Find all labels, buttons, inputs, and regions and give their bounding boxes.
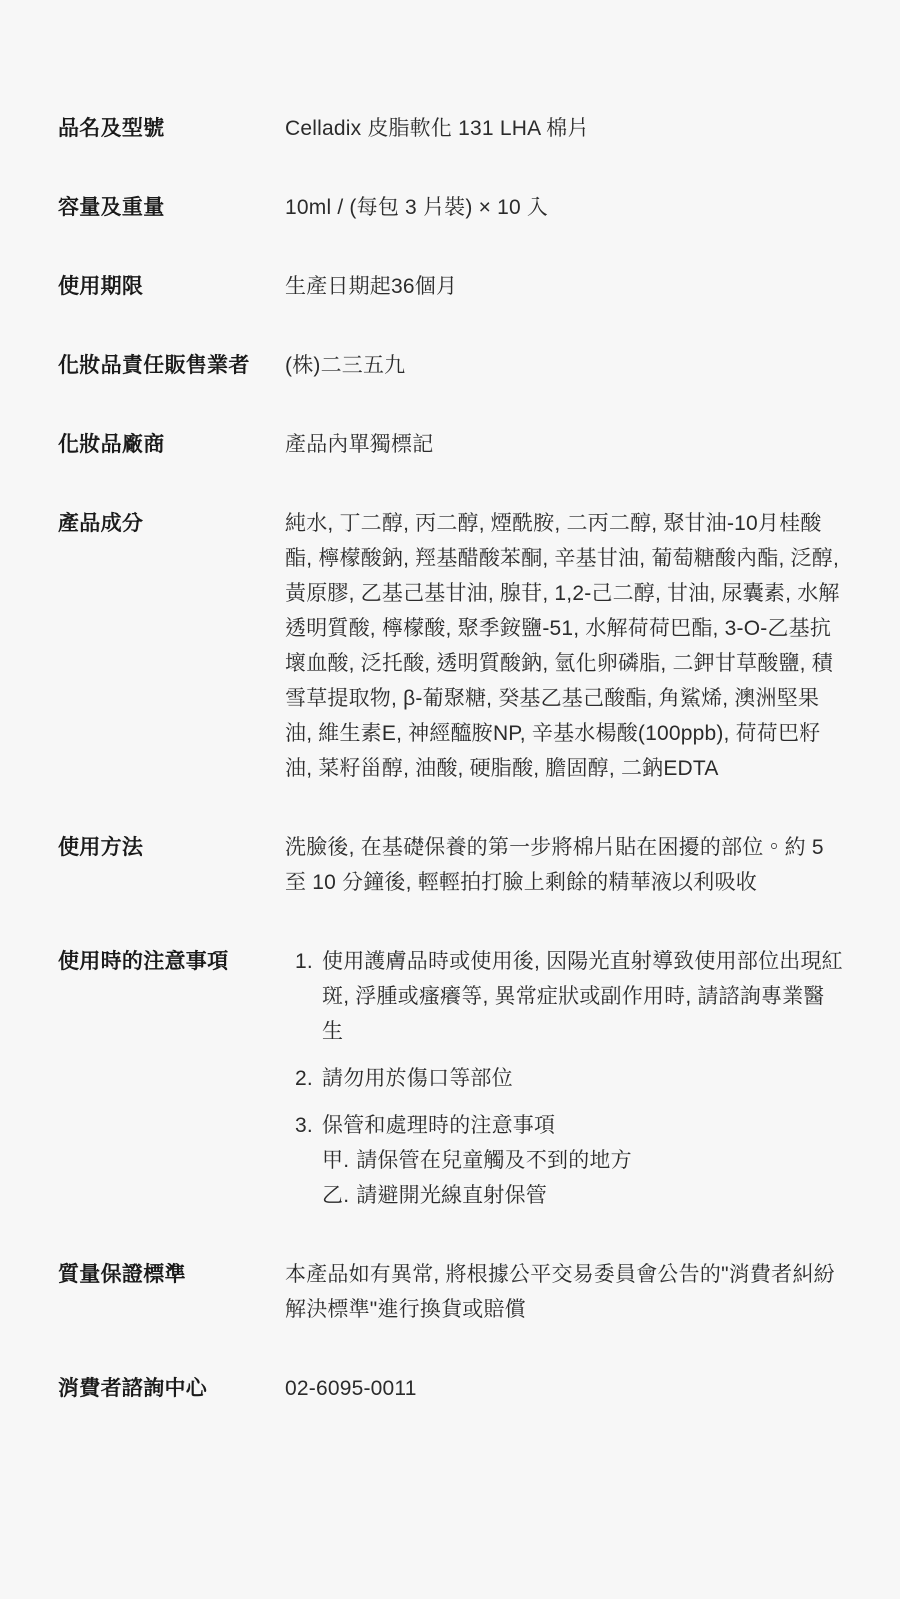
spec-row-seller: 化妝品責任販售業者 (株)二三五九: [58, 348, 843, 383]
spec-value-quality-standard: 本產品如有異常, 將根據公平交易委員會公告的"消費者糾紛解決標準"進行換貨或賠償: [285, 1257, 843, 1327]
spec-label-volume: 容量及重量: [58, 190, 285, 225]
spec-value-ingredients: 純水, 丁二醇, 丙二醇, 煙酰胺, 二丙二醇, 聚甘油-10月桂酸酯, 檸檬酸…: [285, 506, 843, 786]
precaution-subnumber-b: 乙.: [322, 1178, 349, 1213]
spec-value-expiry: 生產日期起36個月: [285, 269, 843, 304]
spec-row-precautions: 使用時的注意事項 1. 使用護膚品時或使用後, 因陽光直射導致使用部位出現紅斑,…: [58, 944, 843, 1213]
precaution-text-2: 請勿用於傷口等部位: [322, 1061, 843, 1096]
spec-row-manufacturer: 化妝品廠商 產品內單獨標記: [58, 427, 843, 462]
precaution-subtext-b: 請避開光線直射保管: [356, 1178, 843, 1213]
precautions-list: 1. 使用護膚品時或使用後, 因陽光直射導致使用部位出現紅斑, 浮腫或瘙癢等, …: [285, 944, 843, 1213]
spec-label-precautions: 使用時的注意事項: [58, 944, 285, 979]
spec-label-seller: 化妝品責任販售業者: [58, 348, 285, 383]
precaution-text-3: 保管和處理時的注意事項: [322, 1108, 843, 1143]
precaution-item-3: 3. 保管和處理時的注意事項 甲. 請保管在兒童觸及不到的地方 乙. 請避開光線…: [295, 1108, 843, 1213]
spec-label-manufacturer: 化妝品廠商: [58, 427, 285, 462]
precaution-subnumber-a: 甲.: [322, 1143, 349, 1178]
spec-value-volume: 10ml / (每包 3 片裝) × 10 入: [285, 190, 843, 225]
precaution-number-2: 2.: [295, 1061, 322, 1096]
spec-value-usage: 洗臉後, 在基礎保養的第一步將棉片貼在困擾的部位。約 5 至 10 分鐘後, 輕…: [285, 830, 843, 900]
spec-label-expiry: 使用期限: [58, 269, 285, 304]
spec-row-product-name: 品名及型號 Celladix 皮脂軟化 131 LHA 棉片: [58, 111, 843, 146]
spec-label-ingredients: 產品成分: [58, 506, 285, 541]
precaution-number-1: 1.: [295, 944, 322, 1049]
precaution-item-1: 1. 使用護膚品時或使用後, 因陽光直射導致使用部位出現紅斑, 浮腫或瘙癢等, …: [295, 944, 843, 1049]
spec-value-product-name: Celladix 皮脂軟化 131 LHA 棉片: [285, 111, 843, 146]
precaution-item-2: 2. 請勿用於傷口等部位: [295, 1061, 843, 1096]
spec-label-product-name: 品名及型號: [58, 111, 285, 146]
spec-row-volume: 容量及重量 10ml / (每包 3 片裝) × 10 入: [58, 190, 843, 225]
spec-row-quality-standard: 質量保證標準 本產品如有異常, 將根據公平交易委員會公告的"消費者糾紛解決標準"…: [58, 1257, 843, 1327]
spec-value-seller: (株)二三五九: [285, 348, 843, 383]
spec-row-usage: 使用方法 洗臉後, 在基礎保養的第一步將棉片貼在困擾的部位。約 5 至 10 分…: [58, 830, 843, 900]
spec-row-ingredients: 產品成分 純水, 丁二醇, 丙二醇, 煙酰胺, 二丙二醇, 聚甘油-10月桂酸酯…: [58, 506, 843, 786]
spec-label-quality-standard: 質量保證標準: [58, 1257, 285, 1292]
spec-value-consumer-center: 02-6095-0011: [285, 1371, 843, 1406]
precaution-subtext-a: 請保管在兒童觸及不到的地方: [356, 1143, 843, 1178]
precaution-body-3: 保管和處理時的注意事項 甲. 請保管在兒童觸及不到的地方 乙. 請避開光線直射保…: [322, 1108, 843, 1213]
precaution-subitem-a: 甲. 請保管在兒童觸及不到的地方: [322, 1143, 843, 1178]
spec-row-expiry: 使用期限 生產日期起36個月: [58, 269, 843, 304]
spec-label-consumer-center: 消費者諮詢中心: [58, 1371, 285, 1406]
spec-row-consumer-center: 消費者諮詢中心 02-6095-0011: [58, 1371, 843, 1406]
precaution-text-1: 使用護膚品時或使用後, 因陽光直射導致使用部位出現紅斑, 浮腫或瘙癢等, 異常症…: [322, 944, 843, 1049]
product-spec-sheet: 品名及型號 Celladix 皮脂軟化 131 LHA 棉片 容量及重量 10m…: [0, 0, 900, 1466]
spec-value-manufacturer: 產品內單獨標記: [285, 427, 843, 462]
precaution-number-3: 3.: [295, 1108, 322, 1213]
precaution-subitem-b: 乙. 請避開光線直射保管: [322, 1178, 843, 1213]
spec-label-usage: 使用方法: [58, 830, 285, 865]
